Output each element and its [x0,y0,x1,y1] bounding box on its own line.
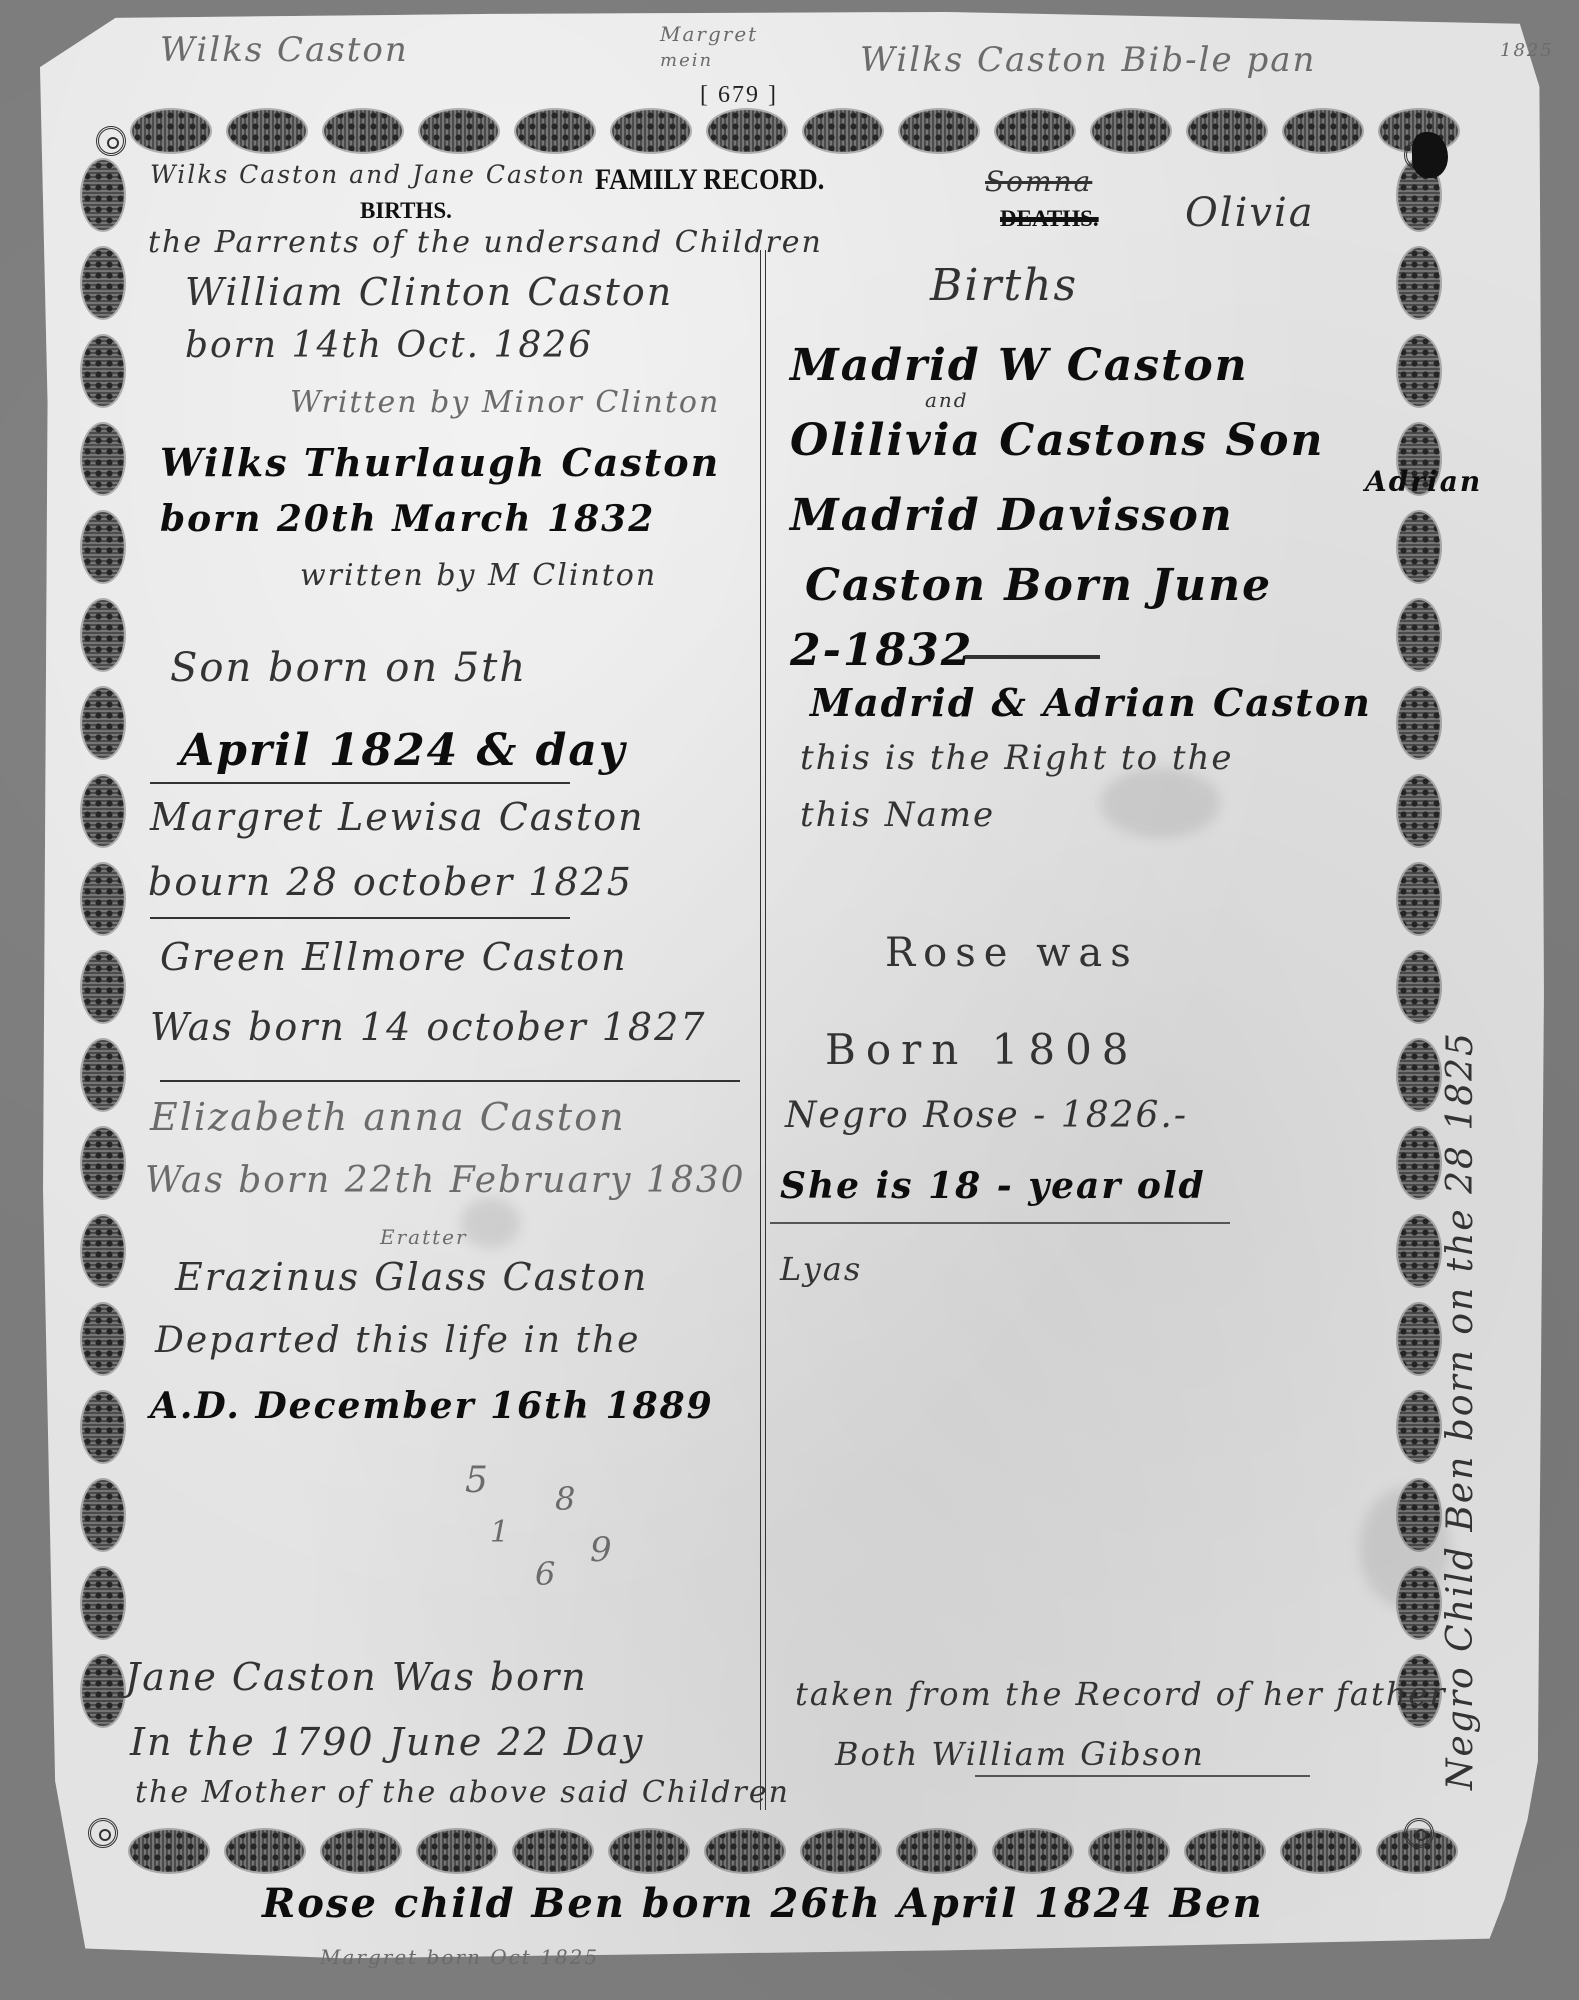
entry-name: Margret Lewisa Caston [150,795,645,839]
pencil-number: 1 [490,1515,511,1550]
border-right [1398,160,1440,1726]
entry-name: Elizabeth anna Caston [150,1095,626,1139]
right-entry-above-note: Adrian [1365,465,1482,498]
top-margin-note-right: Wilks Caston Bib-le pan [860,40,1316,80]
printed-births-heading: BIRTHS. [360,198,452,224]
page-number: [ 679 ] [700,82,778,109]
bottom-line: Jane Caston Was born [125,1655,588,1699]
right-entry-line: Olilivia Castons Son [790,415,1324,466]
border-top [132,110,1458,152]
corner-rosette-bottom-right [1404,1818,1434,1848]
printed-title: FAMILY RECORD. [595,163,824,197]
entry-date: born 20th March 1832 [160,498,655,540]
pencil-number: 6 [535,1555,557,1593]
rule-line [150,782,570,784]
entry-name: Erazinus Glass Caston [175,1255,648,1299]
pencil-number: 5 [465,1460,490,1501]
pencil-number: 9 [590,1530,614,1570]
right-entry-line: Madrid W Caston [790,340,1249,391]
entry-line: Son born on 5th [170,645,527,691]
right-entry-line: Caston Born June [805,560,1272,611]
top-margin-note-middle-2: mein [660,50,713,71]
rule-line [975,1775,1310,1777]
olivia-note: Olivia [1185,190,1315,236]
border-bottom [130,1830,1456,1872]
bottom-line: In the 1790 June 22 Day [130,1720,644,1764]
entry-above-note: Eratter [380,1225,468,1249]
ink-blot [1412,132,1448,178]
rule-line [150,917,570,919]
stain [1100,768,1220,838]
corner-rosette-bottom-left [88,1818,118,1848]
entry-name: Wilks Thurlaugh Caston [160,440,720,485]
right-entry-line: this Name [800,795,995,835]
entry-line: Departed this life in the [155,1320,640,1361]
entry-name: William Clinton Caston [185,270,673,314]
intro-line: the Parrents of the undersand Children [148,225,823,260]
footer-line: Rose child Ben born 26th April 1824 Ben [262,1880,1264,1927]
printed-deaths-heading-struck: DEATHS. [1000,206,1099,232]
bottom-right-line: Both William Gibson [835,1735,1205,1773]
entry-line: A.D. December 16th 1889 [150,1385,714,1427]
entry-line: April 1824 & day [180,725,627,776]
right-entry-line: Negro Rose - 1826.- [785,1095,1188,1136]
bottom-right-line: taken from the Record of her father [795,1675,1447,1713]
rule-line [160,1080,740,1082]
column-divider [760,250,766,1810]
right-entry-line: this is the Right to the [800,738,1234,778]
parents-names: Wilks Caston and Jane Caston [150,160,586,189]
right-entry-and: and [925,388,969,412]
entry-date: born 14th Oct. 1826 [185,325,593,366]
rule-line [770,1222,1230,1224]
entry-note: written by M Clinton [300,558,657,593]
stain [460,1198,520,1248]
right-entry-line: 2-1832 [790,625,973,676]
right-entry-line: She is 18 - year old [780,1165,1206,1207]
right-margin-vertical-note: Negro Child Ben born on the 28 1825 [1440,560,1481,1790]
right-entry-line: Lyas [780,1250,862,1288]
births-heading-handwritten: Births [930,260,1078,311]
right-entry-line: Rose was [885,930,1139,976]
entry-date: bourn 28 october 1825 [148,860,633,904]
right-entry-line: Madrid & Adrian Caston [810,680,1372,725]
rule-line [965,655,1100,659]
right-entry-line: Born 1808 [825,1025,1139,1074]
entry-date: Was born 22th February 1830 [145,1160,746,1201]
pencil-number: 8 [555,1480,577,1518]
top-margin-note-left: Wilks Caston [160,30,409,70]
entry-name: Green Ellmore Caston [160,935,628,979]
border-left [82,160,124,1726]
footer-faint-line: Margret born Oct 1825 [320,1945,599,1969]
bottom-line: the Mother of the above said Children [135,1775,790,1810]
struck-word: Somna [985,165,1092,198]
entry-note: Written by Minor Clinton [290,385,720,420]
corner-rosette-top-left [96,126,126,156]
top-margin-note-middle-1: Margret [660,22,758,46]
top-margin-corner-number: 1825 [1500,40,1554,61]
right-entry-line: Madrid Davisson [790,490,1234,541]
entry-date: Was born 14 october 1827 [150,1005,706,1049]
